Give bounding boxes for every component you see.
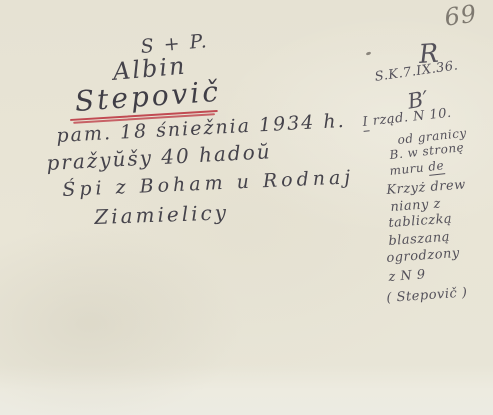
grave-desc-line-1: Krzyż drew <box>386 178 466 197</box>
surname: Stepovič <box>74 78 222 116</box>
date-code: S.K.7.IX.36. <box>374 59 459 84</box>
location-de: de <box>428 158 445 176</box>
rest-line-2: Ziamielicy <box>94 202 229 227</box>
rest-line-1: Śpi z Boham u Rodnaj <box>62 168 355 200</box>
row-numeral: I <box>362 114 369 131</box>
grave-desc-line-2: niany z <box>390 197 441 213</box>
grave-desc-line-4: blaszaną <box>388 231 450 248</box>
location-muru: muru <box>389 160 425 178</box>
death-date-line: pam. 18 śniežnia 1934 h. <box>56 112 346 146</box>
row-line: I rząd. N 10. <box>362 107 452 129</box>
pencil-mark <box>366 51 372 56</box>
grave-desc-line-6: z N 9 <box>388 268 426 284</box>
grave-desc-line-7: ( Stepovič ) <box>386 286 468 305</box>
row-rest: rząd. N 10. <box>372 106 452 129</box>
age-line: pražyŭšy 40 hadoŭ <box>46 141 272 173</box>
location-line-3: muru de <box>389 159 445 177</box>
page-number: 69 <box>443 1 479 29</box>
grave-desc-line-5: ogrodzony <box>386 247 460 265</box>
grave-desc-line-3: tabliczką <box>388 213 453 230</box>
grave-record-card: 69 S + P. Albin Stepovič pam. 18 śniežni… <box>0 0 493 415</box>
